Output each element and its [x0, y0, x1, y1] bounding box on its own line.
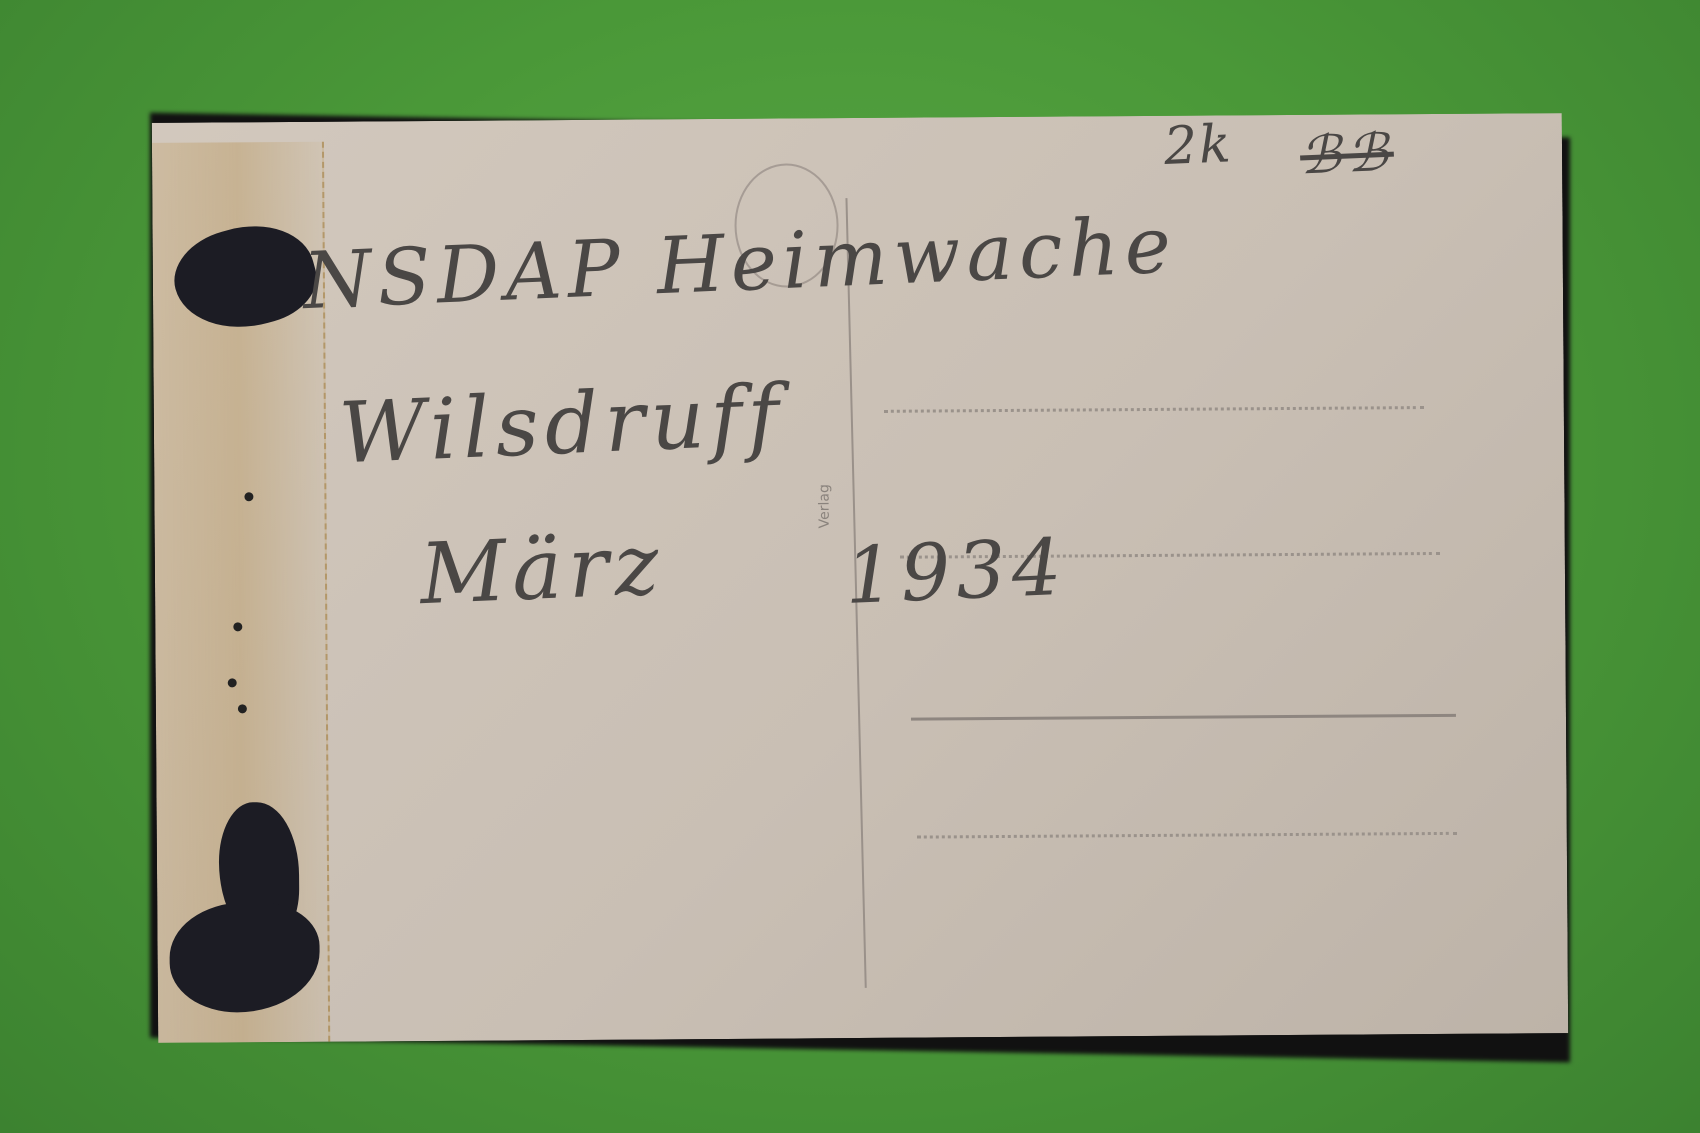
ink-spot: [233, 622, 242, 631]
corner-number: 2k: [1163, 114, 1234, 177]
handwriting-line-3: März: [418, 515, 666, 623]
ink-spot: [244, 492, 253, 501]
publisher-mark: Verlag: [816, 484, 832, 528]
ink-spot: [238, 704, 247, 713]
handwriting-line-2: Wilsdruff: [337, 366, 787, 483]
corner-crossed-value: ℬℬ: [1299, 123, 1395, 187]
address-line: [917, 832, 1457, 839]
handwriting-year: 1934: [843, 523, 1069, 622]
handwriting-line-1: NSDAP Heimwache: [301, 201, 1178, 328]
ink-spot: [228, 678, 237, 687]
address-line: [911, 714, 1456, 721]
address-line: [884, 406, 1424, 413]
postcard-back: Verlag NSDAP Heimwache Wilsdruff März 19…: [152, 113, 1568, 1043]
